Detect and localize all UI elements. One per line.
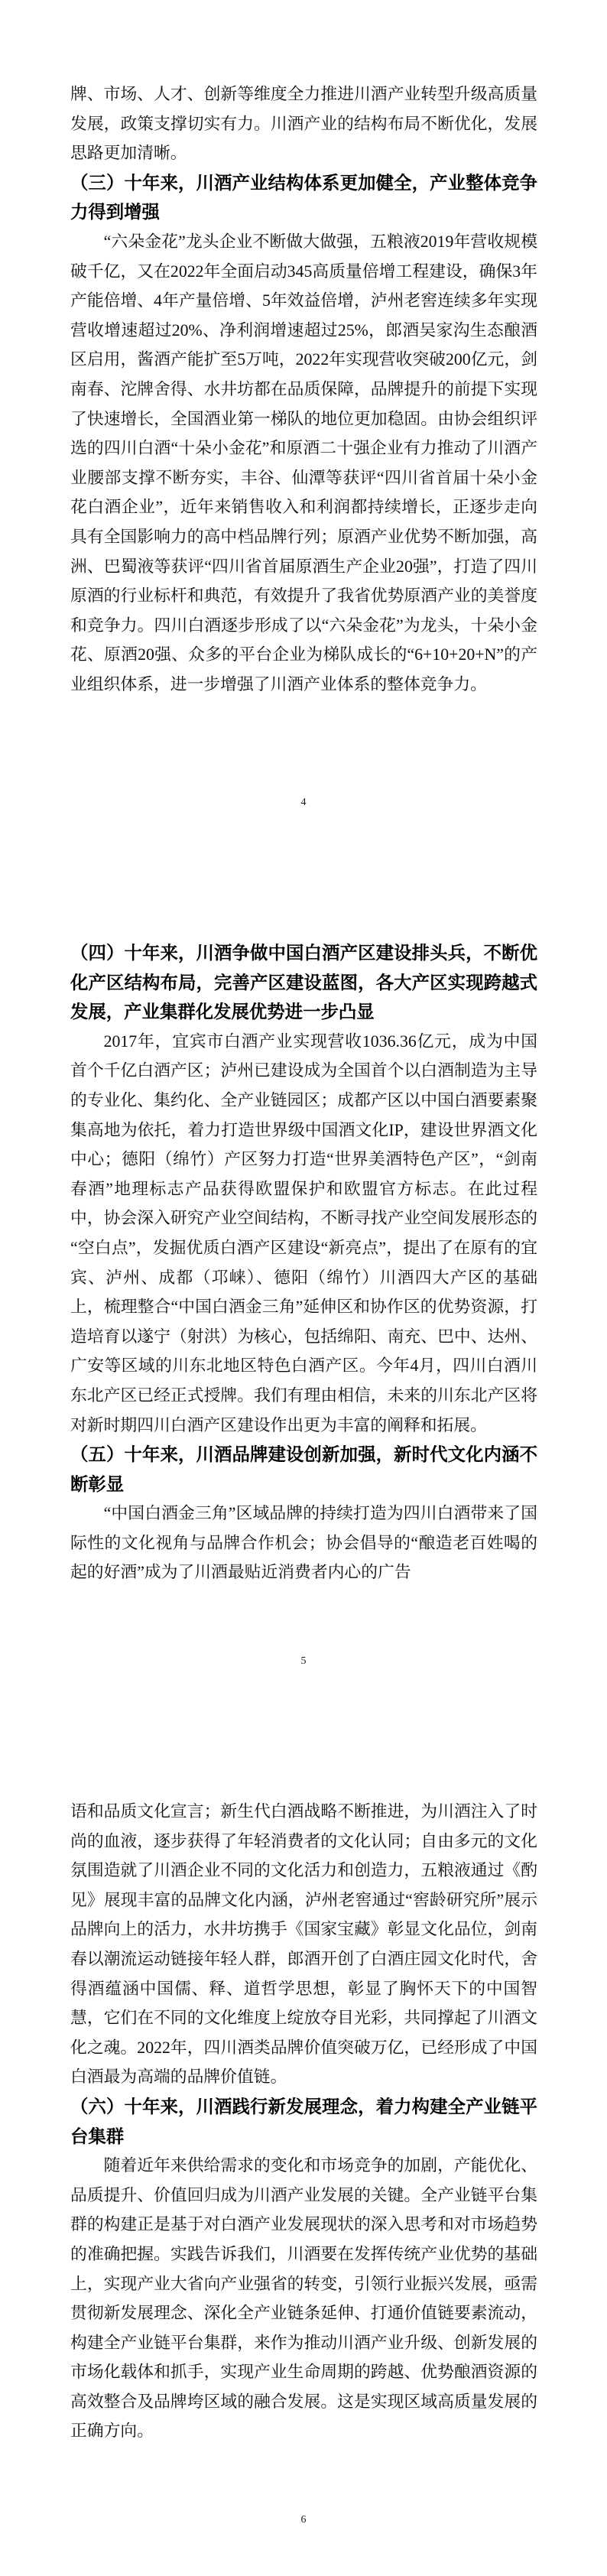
section-heading-six: （六）十年来，川酒践行新发展理念，着力构建全产业链平台集群 — [70, 2092, 537, 2151]
section-heading-five: （五）十年来，川酒品牌建设创新加强，新时代文化内涵不断彰显 — [70, 1440, 537, 1499]
page-number: 4 — [0, 797, 607, 809]
body-paragraph: “六朵金花”龙头企业不断做大做强，五粮液2019年营收规模破千亿，又在2022年… — [70, 227, 537, 700]
page-6-content: 语和品质文化宣言；新生代白酒战略不断推进，为川酒注入了时尚的血液，逐步获得了年轻… — [70, 1797, 537, 2446]
body-paragraph: “中国白酒金三角”区域品牌的持续打造为四川白酒带来了国际性的文化视角与品牌合作机… — [70, 1499, 537, 1587]
paragraph-continuation: 语和品质文化宣言；新生代白酒战略不断推进，为川酒注入了时尚的血液，逐步获得了年轻… — [70, 1797, 537, 2092]
body-paragraph: 2017年，宜宾市白酒产业实现营收1036.36亿元，成为中国首个千亿白酒产区；… — [70, 1027, 537, 1440]
document: 牌、市场、人才、创新等维度全力推进川酒产业转型升级高质量发展，政策支撑切实有力。… — [0, 0, 607, 2576]
section-heading-three: （三）十年来，川酒产业结构体系更加健全，产业整体竞争力得到增强 — [70, 168, 537, 227]
page-number: 5 — [0, 1655, 607, 1668]
body-paragraph: 随着近年来供给需求的变化和市场竞争的加剧，产能优化、品质提升、价值回归成为川酒产… — [70, 2151, 537, 2446]
paragraph-continuation: 牌、市场、人才、创新等维度全力推进川酒产业转型升级高质量发展，政策支撑切实有力。… — [70, 80, 537, 168]
section-heading-four: （四）十年来，川酒争做中国白酒产区建设排头兵，不断优化产区结构布局，完善产区建设… — [70, 938, 537, 1027]
document-page-4: 牌、市场、人才、创新等维度全力推进川酒产业转型升级高质量发展，政策支撑切实有力。… — [0, 0, 607, 859]
document-page-5: （四）十年来，川酒争做中国白酒产区建设排头兵，不断优化产区结构布局，完善产区建设… — [0, 859, 607, 1717]
page-5-content: （四）十年来，川酒争做中国白酒产区建设排头兵，不断优化产区结构布局，完善产区建设… — [70, 938, 537, 1587]
page-4-content: 牌、市场、人才、创新等维度全力推进川酒产业转型升级高质量发展，政策支撑切实有力。… — [70, 80, 537, 699]
document-page-6: 语和品质文化宣言；新生代白酒战略不断推进，为川酒注入了时尚的血液，逐步获得了年轻… — [0, 1717, 607, 2576]
page-number: 6 — [0, 2514, 607, 2526]
